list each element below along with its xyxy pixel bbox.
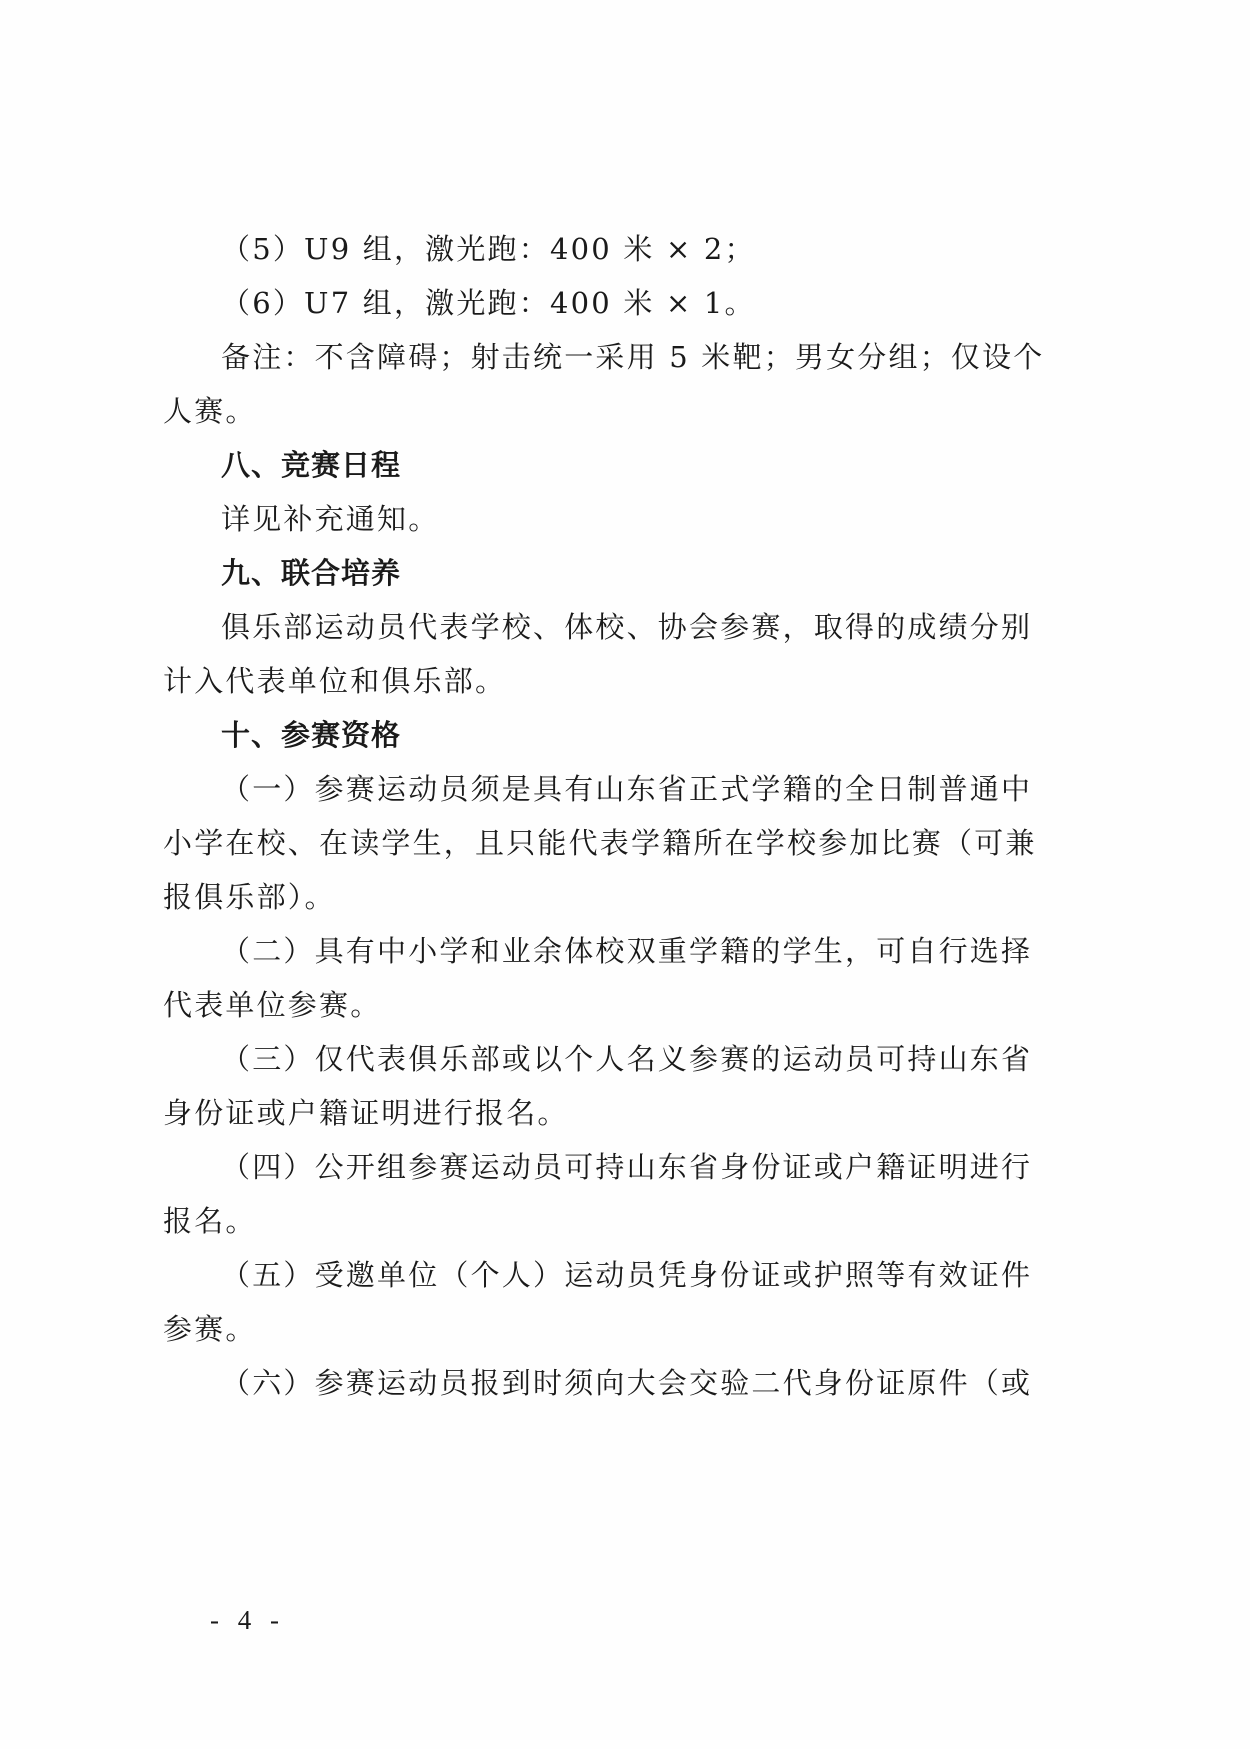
eligibility-item-5-line-2: 参赛。 — [163, 1302, 987, 1356]
joint-training-paragraph-line-2: 计入代表单位和俱乐部。 — [163, 654, 987, 708]
eligibility-item-1-line-1: （一）参赛运动员须是具有山东省正式学籍的全日制普通中 — [163, 762, 987, 816]
eligibility-item-4-line-1: （四）公开组参赛运动员可持山东省身份证或户籍证明进行 — [163, 1140, 987, 1194]
remarks-paragraph-line-2: 人赛。 — [163, 384, 987, 438]
eligibility-item-4-line-2: 报名。 — [163, 1194, 987, 1248]
eligibility-item-3-line-2: 身份证或户籍证明进行报名。 — [163, 1086, 987, 1140]
remarks-paragraph-line-1: 备注：不含障碍；射击统一采用 5 米靶；男女分组；仅设个 — [163, 330, 987, 384]
section-heading-joint-training: 九、联合培养 — [163, 546, 987, 600]
page-number: - 4 - — [210, 1605, 285, 1636]
list-item-u7-laser-run: （6）U7 组，激光跑：400 米 × 1。 — [163, 276, 987, 330]
schedule-paragraph: 详见补充通知。 — [163, 492, 987, 546]
eligibility-item-6-line-1: （六）参赛运动员报到时须向大会交验二代身份证原件（或 — [163, 1356, 987, 1410]
eligibility-item-5-line-1: （五）受邀单位（个人）运动员凭身份证或护照等有效证件 — [163, 1248, 987, 1302]
document-page: （5）U9 组，激光跑：400 米 × 2； （6）U7 组，激光跑：400 米… — [0, 0, 1250, 1749]
eligibility-item-1-line-2: 小学在校、在读学生，且只能代表学籍所在学校参加比赛（可兼 — [163, 816, 987, 870]
joint-training-paragraph-line-1: 俱乐部运动员代表学校、体校、协会参赛，取得的成绩分别 — [163, 600, 987, 654]
section-heading-eligibility: 十、参赛资格 — [163, 708, 987, 762]
eligibility-item-2-line-2: 代表单位参赛。 — [163, 978, 987, 1032]
eligibility-item-1-line-3: 报俱乐部）。 — [163, 870, 987, 924]
document-body: （5）U9 组，激光跑：400 米 × 2； （6）U7 组，激光跑：400 米… — [163, 222, 987, 1410]
eligibility-item-2-line-1: （二）具有中小学和业余体校双重学籍的学生，可自行选择 — [163, 924, 987, 978]
list-item-u9-laser-run: （5）U9 组，激光跑：400 米 × 2； — [163, 222, 987, 276]
eligibility-item-3-line-1: （三）仅代表俱乐部或以个人名义参赛的运动员可持山东省 — [163, 1032, 987, 1086]
section-heading-schedule: 八、竞赛日程 — [163, 438, 987, 492]
